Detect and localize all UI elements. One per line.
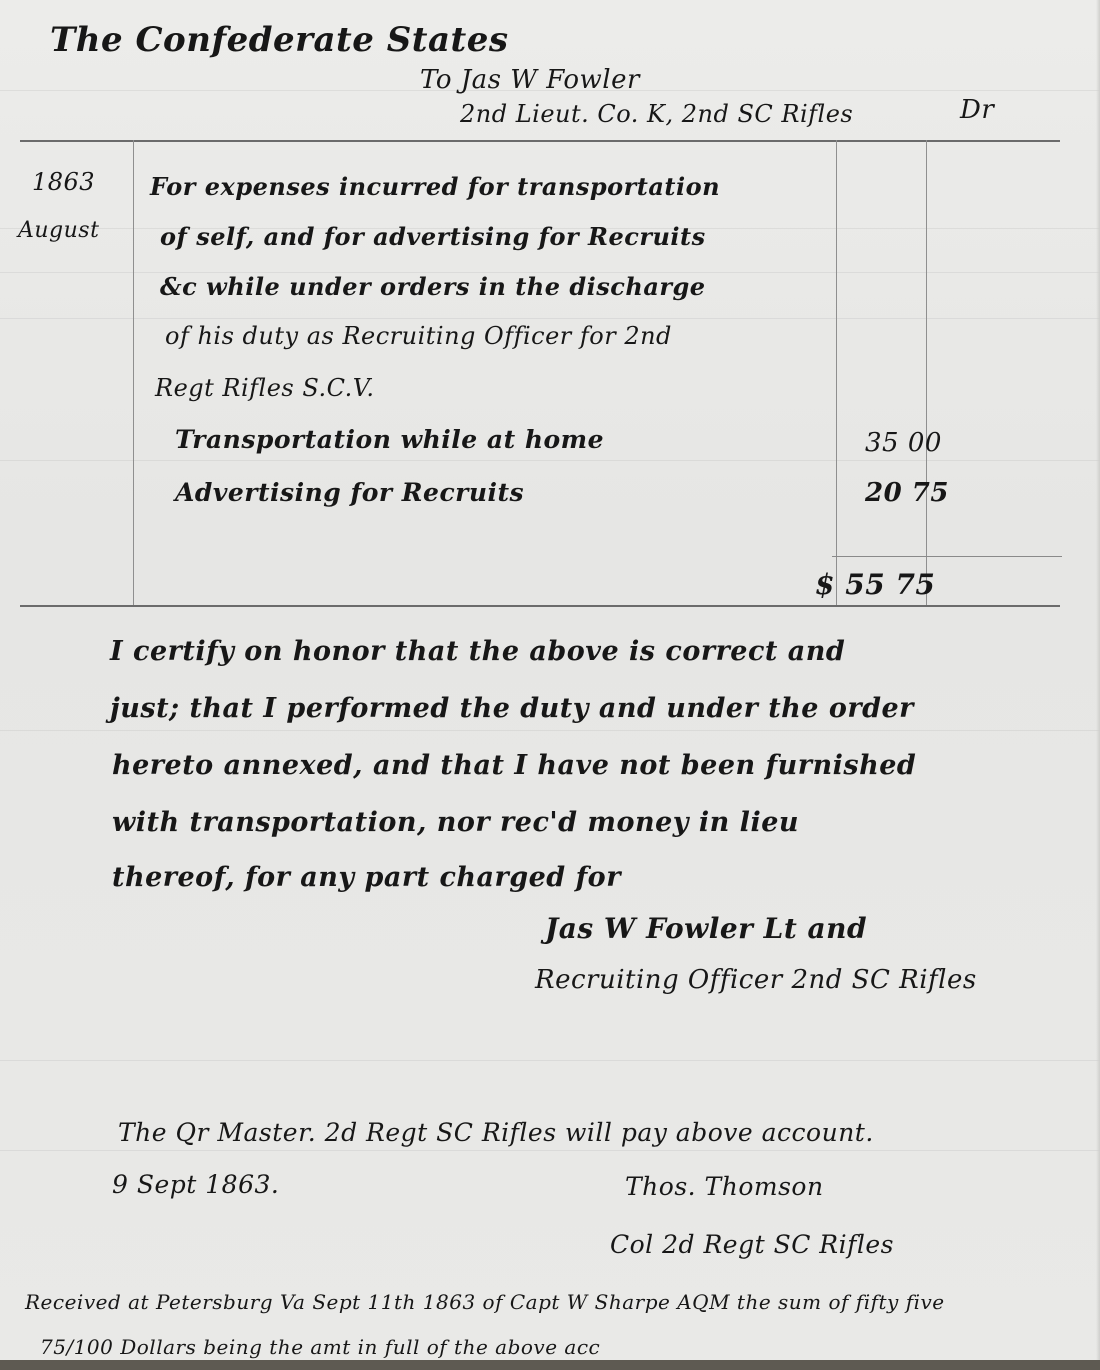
receipt-line: 75/100 Dollars being the amt in full of … xyxy=(40,1335,600,1359)
description-line: Regt Rifles S.C.V. xyxy=(155,374,374,402)
item-amount: 35 00 xyxy=(865,428,942,458)
approval-date: 9 Sept 1863. xyxy=(112,1170,279,1199)
description-line: &c while under orders in the discharge xyxy=(160,272,706,301)
approver-title: Col 2d Regt SC Rifles xyxy=(610,1230,894,1259)
payee-name: To Jas W Fowler xyxy=(420,65,640,95)
total-amount: $ 55 75 xyxy=(815,568,935,601)
certification-line: I certify on honor that the above is cor… xyxy=(110,636,845,667)
receipt-line: Received at Petersburg Va Sept 11th 1863… xyxy=(25,1290,945,1314)
entry-year: 1863 xyxy=(32,168,95,196)
entry-month: August xyxy=(18,218,99,243)
claimant-signature: Jas W Fowler Lt and xyxy=(545,912,867,945)
certification-line: thereof, for any part charged for xyxy=(112,862,621,893)
certification-line: hereto annexed, and that I have not been… xyxy=(112,750,916,781)
table-top-rule xyxy=(20,140,1060,142)
claimant-title: Recruiting Officer 2nd SC Rifles xyxy=(535,965,977,995)
debit-mark: Dr xyxy=(960,95,994,125)
date-column-divider xyxy=(133,140,134,605)
certification-line: with transportation, nor rec'd money in … xyxy=(112,807,799,838)
approver-signature: Thos. Thomson xyxy=(625,1172,824,1201)
payer-heading: The Confederate States xyxy=(50,20,509,60)
total-top-rule xyxy=(832,556,1062,557)
payee-rank: 2nd Lieut. Co. K, 2nd SC Rifles xyxy=(460,100,853,128)
description-line: of self, and for advertising for Recruit… xyxy=(160,222,706,251)
scanned-document-page: The Confederate States To Jas W Fowler 2… xyxy=(0,0,1100,1360)
cents-column-divider xyxy=(926,140,927,605)
approval-instruction: The Qr Master. 2d Regt SC Rifles will pa… xyxy=(118,1118,874,1147)
amount-column-left xyxy=(836,140,837,605)
description-line: of his duty as Recruiting Officer for 2n… xyxy=(165,322,672,350)
certification-line: just; that I performed the duty and unde… xyxy=(110,693,914,724)
item-amount: 20 75 xyxy=(865,478,949,508)
scan-edge xyxy=(1096,0,1100,1360)
description-line: For expenses incurred for transportation xyxy=(150,172,720,201)
viewer-bottom-bar xyxy=(0,1360,1100,1370)
item-label: Transportation while at home xyxy=(175,425,604,454)
item-label: Advertising for Recruits xyxy=(175,478,524,507)
table-bottom-rule xyxy=(20,605,1060,607)
